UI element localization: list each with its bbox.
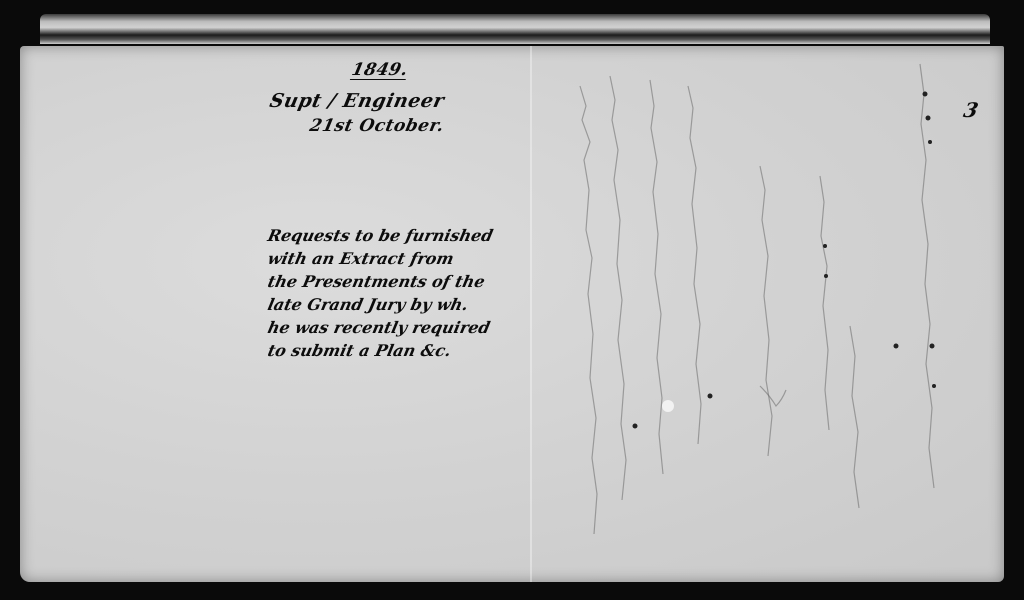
docket-date: 21st October. [308,116,446,136]
summary-line: he was recently required [266,316,551,339]
page-top-edge [40,14,990,44]
summary-line: Requests to be furnished [266,224,551,247]
summary-line: with an Extract from [266,247,551,270]
summary-line: late Grand Jury by wh. [266,293,551,316]
docket-year: 1849. [350,60,410,80]
docket-heading: Supt / Engineer [268,90,447,112]
summary-line: the Presentments of the [266,270,551,293]
document-page: 1849. Supt / Engineer 21st October. Requ… [20,46,1004,582]
summary-line: to submit a Plan &c. [266,339,551,362]
docket-summary: Requests to be furnished with an Extract… [268,224,548,362]
scan-background: 1849. Supt / Engineer 21st October. Requ… [0,0,1024,600]
page-number: 3 [961,98,981,122]
